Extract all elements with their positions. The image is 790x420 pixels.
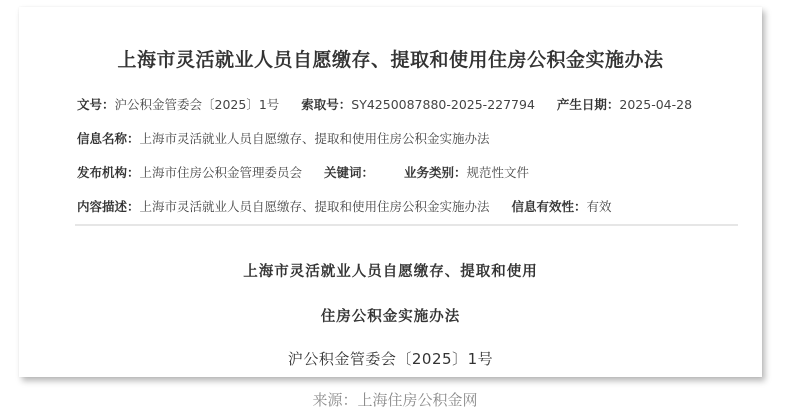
body-doc-ref: 沪公积金管委会〔2025〕1号 bbox=[19, 348, 762, 369]
keywords-label: 关键词： bbox=[324, 165, 374, 180]
body-heading-line1: 上海市灵活就业人员自愿缴存、提取和使用 bbox=[19, 260, 762, 281]
meta-row-1: 文号：沪公积金管委会〔2025〕1号 索取号：SY4250087880-2025… bbox=[77, 95, 692, 113]
page-title: 上海市灵活就业人员自愿缴存、提取和使用住房公积金实施办法 bbox=[19, 45, 762, 72]
publisher-label: 发布机构： bbox=[77, 165, 140, 180]
description-value: 上海市灵活就业人员自愿缴存、提取和使用住房公积金实施办法 bbox=[140, 199, 490, 214]
doc-number-label: 文号： bbox=[77, 97, 115, 112]
document-card: 上海市灵活就业人员自愿缴存、提取和使用住房公积金实施办法 文号：沪公积金管委会〔… bbox=[19, 7, 762, 377]
category-value: 规范性文件 bbox=[467, 165, 530, 180]
created-date-label: 产生日期： bbox=[557, 97, 620, 112]
validity-value: 有效 bbox=[587, 199, 612, 214]
divider bbox=[75, 224, 738, 226]
index-number-label: 索取号： bbox=[301, 97, 351, 112]
info-name-value: 上海市灵活就业人员自愿缴存、提取和使用住房公积金实施办法 bbox=[140, 131, 490, 146]
info-name-label: 信息名称： bbox=[77, 131, 140, 146]
meta-row-2: 信息名称：上海市灵活就业人员自愿缴存、提取和使用住房公积金实施办法 bbox=[77, 129, 490, 147]
source-caption: 来源：上海住房公积金网 bbox=[0, 389, 790, 410]
meta-row-4: 内容描述：上海市灵活就业人员自愿缴存、提取和使用住房公积金实施办法 信息有效性：… bbox=[77, 197, 612, 215]
validity-label: 信息有效性： bbox=[512, 199, 587, 214]
description-label: 内容描述： bbox=[77, 199, 140, 214]
body-heading-line2: 住房公积金实施办法 bbox=[19, 305, 762, 326]
doc-number-value: 沪公积金管委会〔2025〕1号 bbox=[115, 97, 280, 112]
category-label: 业务类别： bbox=[404, 165, 467, 180]
created-date-value: 2025-04-28 bbox=[619, 97, 692, 112]
meta-row-3: 发布机构：上海市住房公积金管理委员会 关键词： 业务类别：规范性文件 bbox=[77, 163, 529, 181]
index-number-value: SY4250087880-2025-227794 bbox=[351, 97, 535, 112]
publisher-value: 上海市住房公积金管理委员会 bbox=[140, 165, 303, 180]
